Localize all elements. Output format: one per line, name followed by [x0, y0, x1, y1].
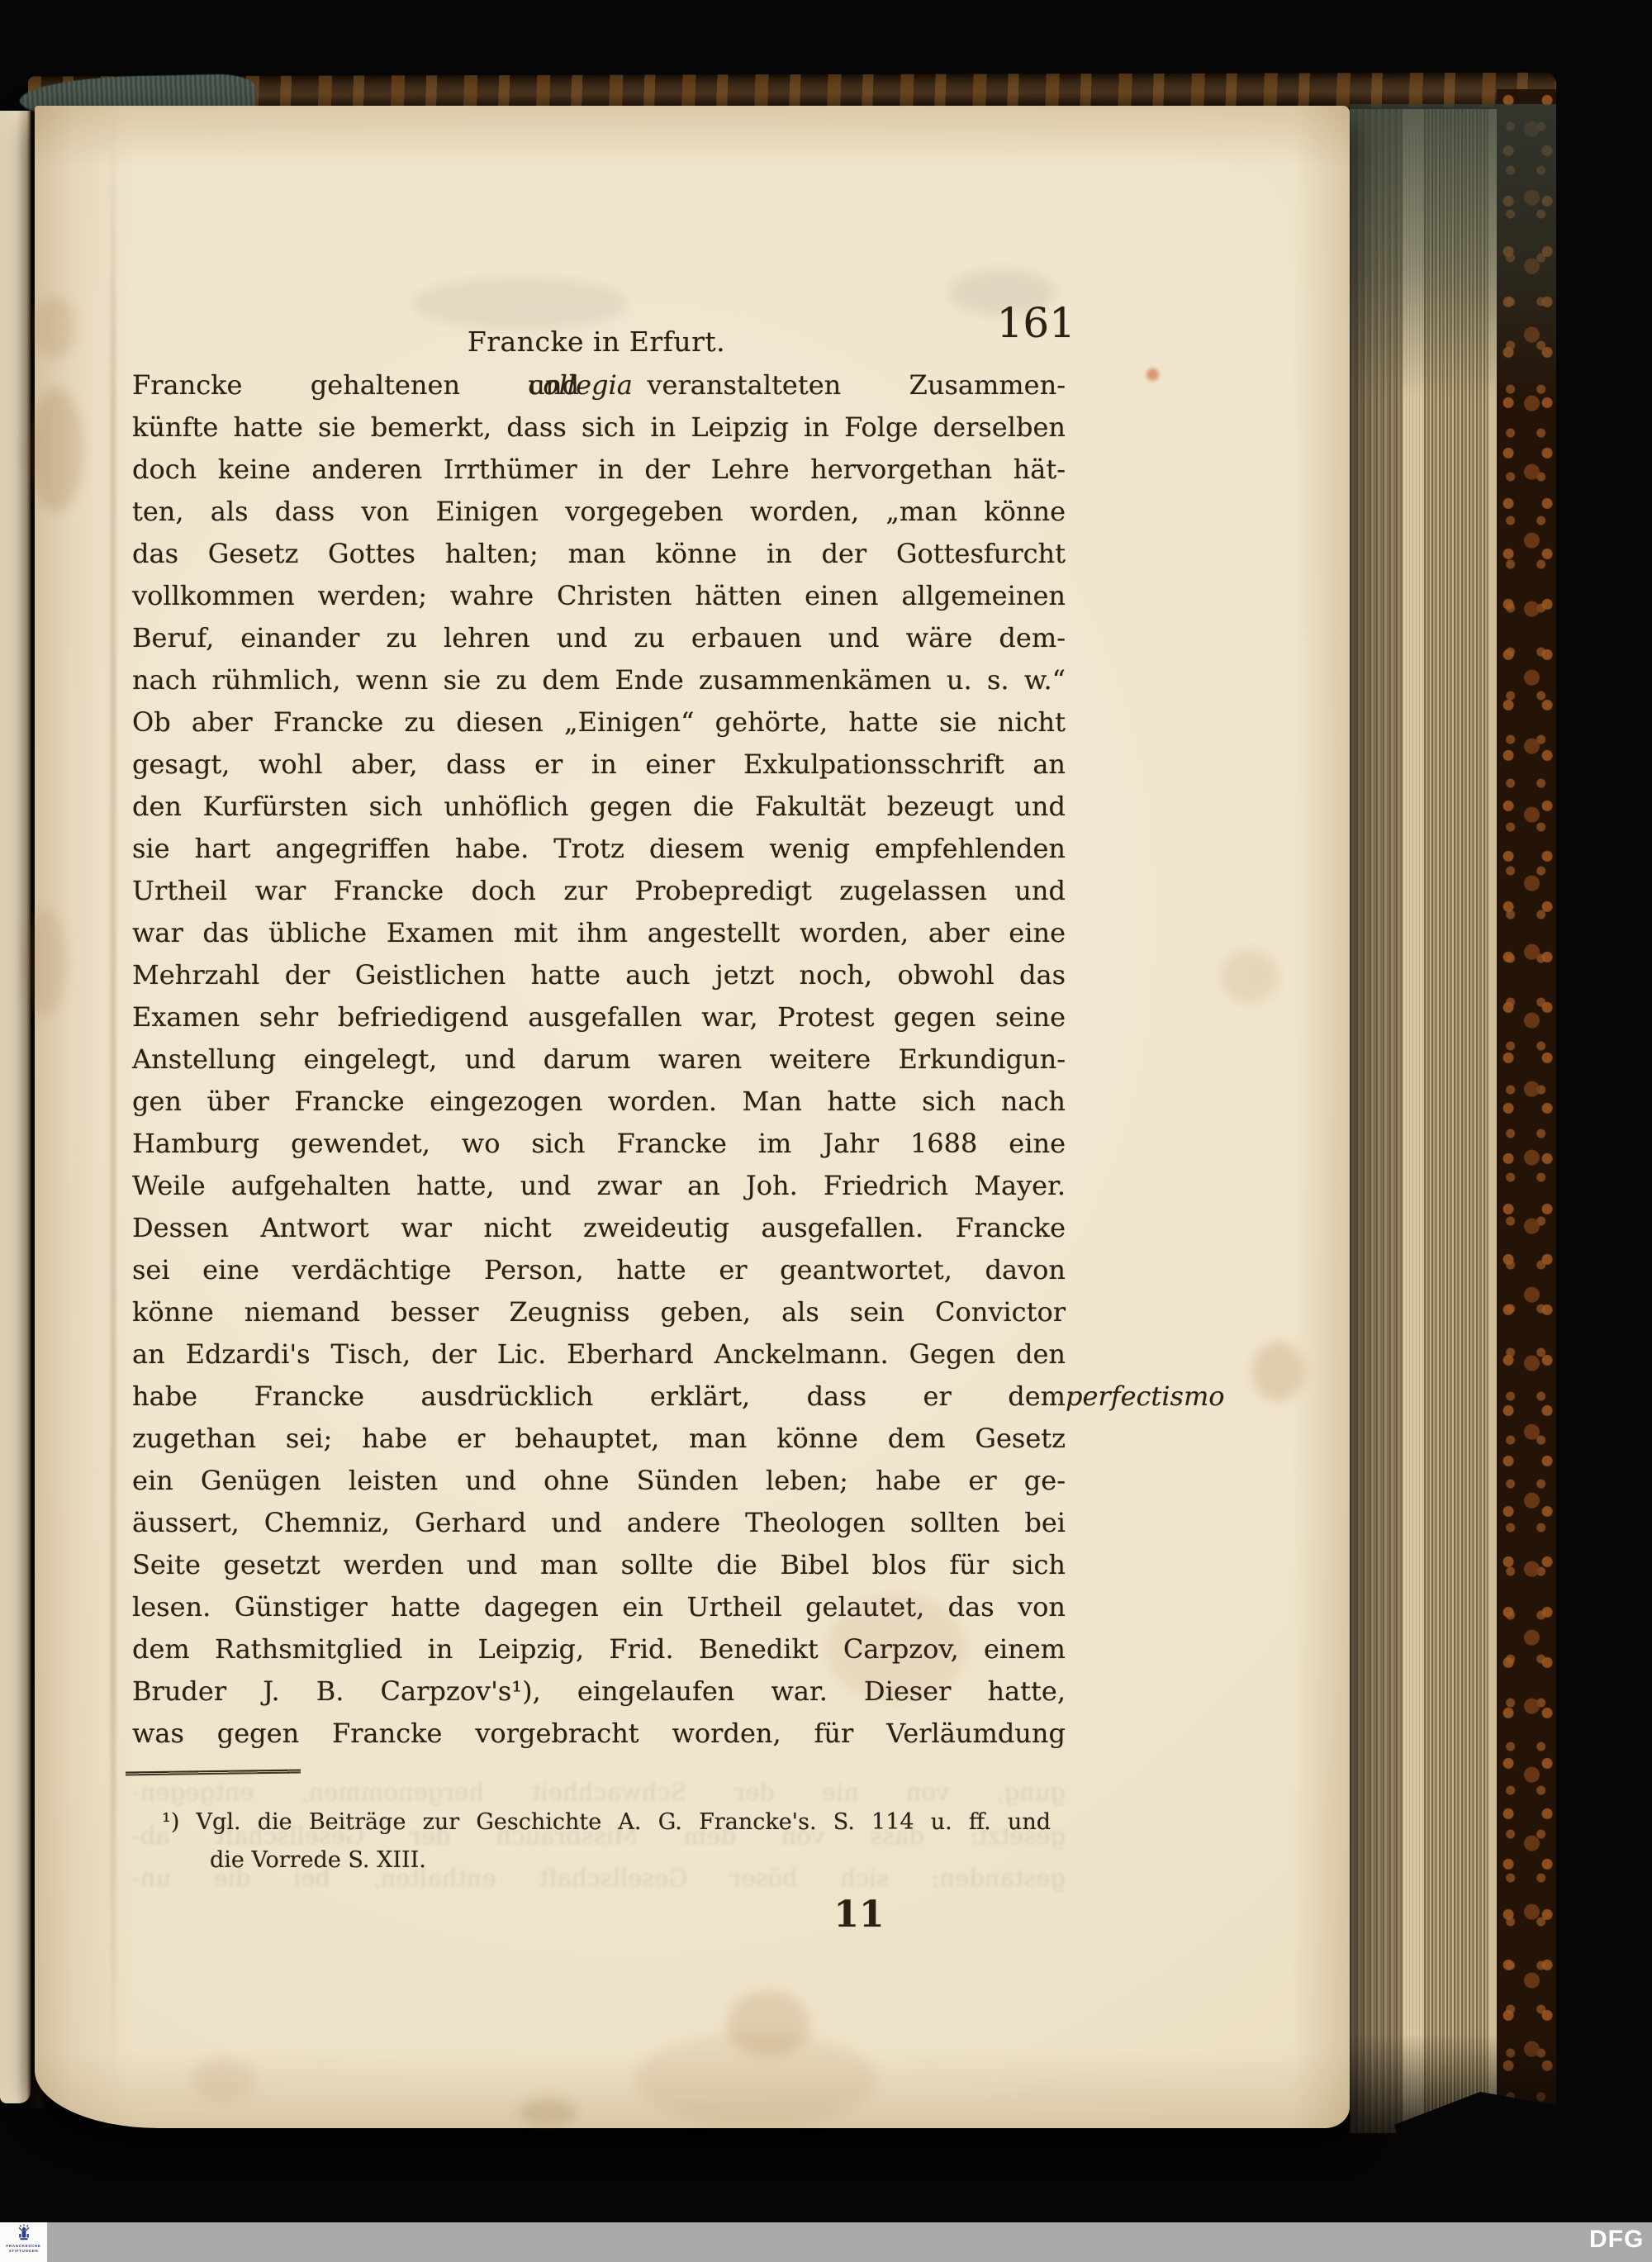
text-line: dem Rathsmitglied in Leipzig, Frid. Bene… [132, 1628, 1066, 1670]
text-line: Dessen Antwort war nicht zweideutig ausg… [132, 1207, 1066, 1249]
text-line: zugethan sei; habe er behauptet, man kön… [132, 1418, 1066, 1460]
text-line: gesagt, wohl aber, dass er in einer Exku… [132, 744, 1066, 786]
book-scan-photo: gung, von nie der Schwachheit hergenomme… [0, 0, 1652, 2262]
text-line: lesen. Günstiger hatte dagegen ein Urthe… [132, 1586, 1066, 1628]
dfg-logo: DFG [1589, 2226, 1647, 2254]
text-line: doch keine anderen Irrthümer in der Lehr… [132, 449, 1066, 491]
stain [519, 2098, 577, 2127]
text-line: habe Francke ausdrücklich erklärt, dass … [132, 1376, 1066, 1418]
fore-edge-light-band [1488, 109, 1497, 2136]
stain [192, 2059, 254, 2102]
text-line: Mehrzahl der Geistlichen hatte auch jetz… [132, 954, 1066, 996]
text-line: Francke gehaltenen collegia und veransta… [132, 364, 1066, 406]
text-line: vollkommen werden; wahre Christen hätten… [132, 575, 1066, 617]
stain [23, 909, 66, 1016]
stamp-label-line2: STIFTUNGEN [0, 2249, 47, 2254]
text-line: das Gesetz Gottes halten; man könne in d… [132, 533, 1066, 575]
body-text: Francke gehaltenen collegia und veransta… [132, 364, 1066, 1755]
text-line: was gegen Francke vorgebracht worden, fü… [132, 1713, 1066, 1755]
stain [1146, 368, 1159, 381]
footnote-line: ¹) Vgl. die Beiträge zur Geschichte A. G… [162, 1809, 1051, 1835]
franckesche-stiftungen-stamp: FRANCKESCHE STIFTUNGEN [0, 2222, 47, 2262]
text-line: Hamburg gewendet, wo sich Francke im Jah… [132, 1123, 1066, 1165]
fore-edge-light-band [1403, 109, 1424, 2135]
text-line: sie hart angegriffen habe. Trotz diesem … [132, 828, 1066, 870]
scan-footer-bar: FRANCKESCHE STIFTUNGEN DFG [0, 2222, 1652, 2262]
stain [33, 296, 76, 359]
text-line: Ob aber Francke zu diesen „Einigen“ gehö… [132, 701, 1066, 744]
text-line: war das übliche Examen mit ihm angestell… [132, 912, 1066, 954]
stain [30, 388, 83, 512]
text-line: an Edzardi's Tisch, der Lic. Eberhard An… [132, 1333, 1066, 1376]
facing-page-sliver [0, 111, 31, 2103]
corner-shadow-tint [1350, 104, 1556, 402]
text-line: künfte hatte sie bemerkt, dass sich in L… [132, 406, 1066, 449]
ghost-smudge [413, 278, 628, 329]
text-line: könne niemand besser Zeugniss geben, als… [132, 1291, 1066, 1333]
text-line: Examen sehr befriedigend ausgefallen war… [132, 996, 1066, 1038]
fore-edge-band [1350, 109, 1403, 2133]
franckesche-stiftungen-logo [15, 2224, 33, 2244]
text-line: sei eine verdächtige Person, hatte er ge… [132, 1249, 1066, 1291]
page-fold-line [111, 116, 116, 2082]
text-line: Weile aufgehalten hatte, und zwar an Joh… [132, 1165, 1066, 1207]
page-number: 161 [975, 299, 1075, 347]
footnote-line: die Vorrede S. XIII. [210, 1847, 788, 1873]
text-line: ten, als dass von Einigen vorgegeben wor… [132, 491, 1066, 533]
text-line: ein Genügen leisten und ohne Sünden lebe… [132, 1460, 1066, 1502]
text-line: nach rühmlich, wenn sie zu dem Ende zusa… [132, 659, 1066, 701]
text-line: Seite gesetzt werden und man sollte die … [132, 1544, 1066, 1586]
signature-mark: 11 [814, 1894, 904, 1936]
fore-edge-band [1424, 109, 1488, 2136]
running-header-title: Francke in Erfurt. [349, 326, 844, 358]
stain [1252, 1342, 1303, 1401]
stamp-label-line1: FRANCKESCHE [0, 2244, 47, 2249]
ghost-bleedthrough-line: gung, von nie der Schwachheit hergenomme… [132, 1778, 1066, 1806]
text-line: Bruder J. B. Carpzov's¹), eingelaufen wa… [132, 1670, 1066, 1713]
text-line: den Kurfürsten sich unhöflich gegen die … [132, 786, 1066, 828]
text-line: äussert, Chemniz, Gerhard und andere The… [132, 1502, 1066, 1544]
stain [636, 2032, 876, 2127]
text-line: Urtheil war Francke doch zur Probepredig… [132, 870, 1066, 912]
text-line: Beruf, einander zu lehren und zu erbauen… [132, 617, 1066, 659]
text-line: gen über Francke eingezogen worden. Man … [132, 1081, 1066, 1123]
stain [1221, 950, 1279, 1003]
text-line: Anstellung eingelegt, und darum waren we… [132, 1038, 1066, 1081]
